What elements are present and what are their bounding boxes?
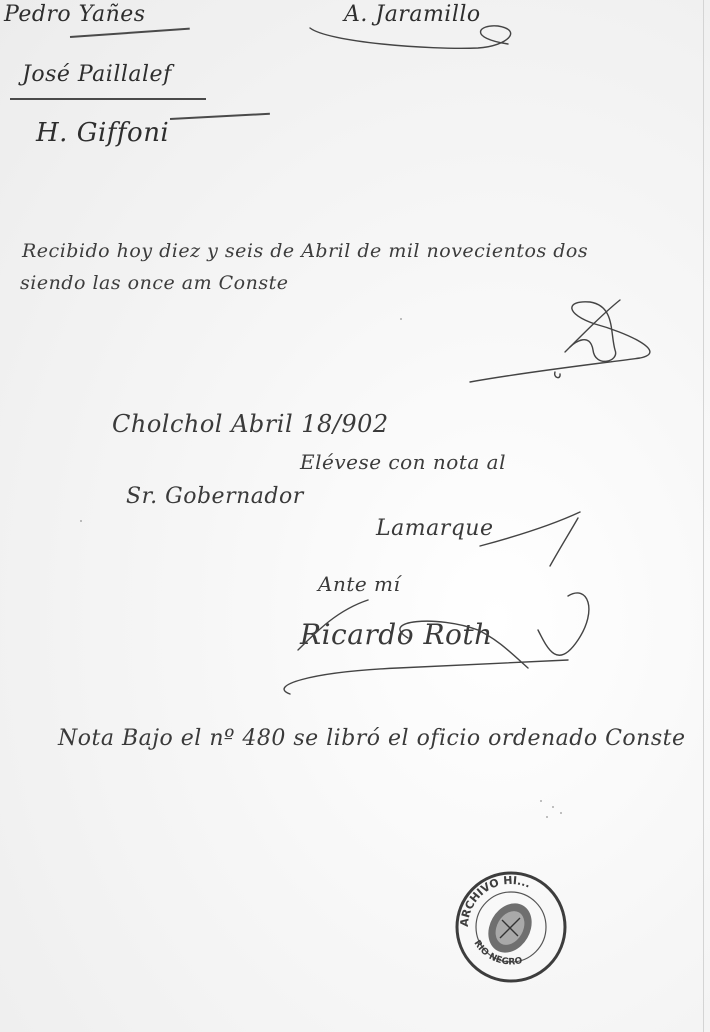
signature-flourish: [470, 508, 590, 568]
signature-jose-paillalef: José Paillalef: [22, 62, 172, 87]
paper-speck: [552, 806, 554, 808]
paper-speck: [80, 520, 82, 522]
signature-giffoni: H. Giffoni: [36, 118, 169, 148]
archive-stamp: ARCHIVO HI... RIO NEGRO: [452, 868, 570, 986]
signature-underline: [170, 113, 270, 120]
paper-speck: [546, 816, 548, 818]
decree-line-2: Elévese con nota al: [300, 450, 506, 474]
closing-note: Nota Bajo el nº 480 se libró el oficio o…: [58, 726, 685, 751]
decree-line-3: Sr. Gobernador: [126, 484, 304, 509]
decree-place-date: Cholchol Abril 18/902: [112, 410, 389, 438]
signature-flourish: [278, 590, 608, 700]
signature-underline: [10, 98, 206, 100]
paper-speck: [400, 318, 402, 320]
receipt-note-line-2: siendo las once am Conste: [20, 272, 288, 294]
page-edge: [703, 0, 704, 1032]
receipt-note-line-1: Recibido hoy diez y seis de Abril de mil…: [22, 240, 588, 262]
signature-pedro-yanes: Pedro Yañes: [4, 2, 146, 27]
signature-flourish: [308, 20, 528, 60]
document-page: Pedro Yañes A. Jaramillo José Paillalef …: [0, 0, 710, 1032]
paper-speck: [560, 812, 562, 814]
receipt-rubric: [465, 292, 665, 387]
paper-speck: [540, 800, 542, 802]
signature-underline: [70, 28, 190, 38]
